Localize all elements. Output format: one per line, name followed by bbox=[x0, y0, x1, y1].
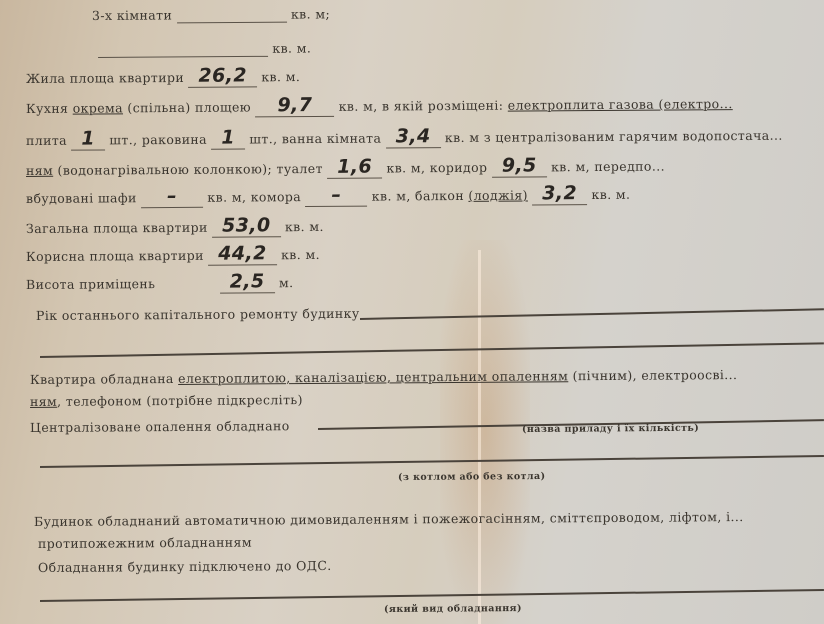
total-area-line: Загальна площа квартири 53,0 кв. м. bbox=[26, 214, 324, 239]
heating-caption: (назва приладу і їх кількість) bbox=[522, 423, 699, 435]
other-rule bbox=[40, 455, 824, 467]
paper-fold bbox=[478, 250, 481, 624]
sink-label: раковина bbox=[142, 132, 207, 147]
pantry-label: кв. м, комора bbox=[207, 189, 301, 205]
ceiling-value: 2,5 bbox=[220, 270, 275, 293]
wardrobe-label: вбудовані шафи bbox=[26, 190, 137, 206]
kitchen-shared: (спільна) площею bbox=[127, 99, 251, 115]
living-area-label: Жила площа квартири bbox=[26, 70, 184, 86]
balcony-label: кв. м, балкон bbox=[372, 188, 464, 204]
kitchen-tail: в якій розміщені: bbox=[382, 98, 504, 114]
renovation-label: Рік останнього капітального ремонту буди… bbox=[36, 306, 360, 323]
balcony-value: 3,2 bbox=[532, 182, 587, 205]
ceiling-unit: м. bbox=[279, 275, 294, 290]
blank-unit: кв. м. bbox=[272, 41, 311, 56]
boiler-caption: (з котлом або без котла) bbox=[398, 471, 546, 483]
ceiling-line: Висота приміщень 2,5 м. bbox=[26, 270, 294, 295]
alarm-line: Будинок обладнаний автоматичною димовида… bbox=[34, 509, 744, 529]
central-heating-line: Централізоване опалення обладнано bbox=[30, 418, 290, 435]
heater-underlined: ням bbox=[26, 163, 53, 178]
kitchen-stove: електроплита газова (електро... bbox=[508, 96, 733, 113]
pantry-value: – bbox=[305, 184, 367, 207]
useful-area-label: Корисна площа квартири bbox=[26, 248, 204, 264]
toilet-line: ням (водонагрівальною колонкою); туалет … bbox=[26, 154, 665, 181]
equipment-line-2: ням, телефоном (потрібне підкресліть) bbox=[30, 392, 303, 409]
total-area-value: 53,0 bbox=[212, 214, 281, 237]
total-area-label: Загальна площа квартири bbox=[26, 220, 208, 236]
stove-unit: шт., bbox=[109, 132, 137, 147]
balcony-unit: кв. м. bbox=[591, 187, 630, 202]
water-stain bbox=[440, 240, 530, 624]
fire-equipment-label: протипожежним обладнанням bbox=[38, 535, 252, 551]
stove-value: 1 bbox=[71, 127, 105, 150]
total-area-unit: кв. м. bbox=[285, 219, 324, 234]
blank-line: кв. м. bbox=[98, 41, 311, 58]
equipment-stove-heating: (пічним), електроосві... bbox=[573, 367, 738, 383]
kitchen-line: Кухня окрема (спільна) площею 9,7 кв. м,… bbox=[26, 91, 733, 119]
kitchen-value: 9,7 bbox=[255, 94, 334, 118]
equipment-tail: , телефоном (потрібне підкресліть) bbox=[57, 392, 303, 409]
divider-rule bbox=[40, 342, 824, 357]
rooms-blank bbox=[176, 7, 286, 24]
heater-label: (водонагрівальною колонкою); туалет bbox=[57, 161, 322, 178]
kitchen-separate: окрема bbox=[73, 100, 123, 115]
sink-unit: шт., bbox=[249, 131, 277, 146]
sink-value: 1 bbox=[211, 126, 245, 149]
kitchen-label: Кухня bbox=[26, 101, 68, 116]
equipment-label: Квартира обладнана bbox=[30, 371, 174, 387]
useful-area-unit: кв. м. bbox=[281, 247, 320, 262]
ceiling-label: Висота приміщень bbox=[26, 276, 155, 292]
equipment-line: Квартира обладнана електроплитою, каналі… bbox=[30, 367, 738, 387]
blank-field bbox=[98, 41, 268, 58]
equipment-type-caption: (який вид обладнання) bbox=[384, 603, 522, 615]
fixtures-line: плита 1 шт., раковина 1 шт., ванна кімна… bbox=[26, 123, 783, 151]
central-heating-label: Централізоване опалення обладнано bbox=[30, 418, 290, 435]
equipment-items: електроплитою, каналізацією, центральним… bbox=[178, 368, 568, 386]
alarm-line-2: протипожежним обладнанням bbox=[38, 535, 252, 551]
toilet-unit: кв. м, коридор bbox=[386, 160, 487, 176]
storage-line: вбудовані шафи – кв. м, комора – кв. м, … bbox=[26, 182, 631, 209]
loggia-label: (лоджія) bbox=[468, 187, 528, 202]
corridor-unit: кв. м, передпо... bbox=[551, 159, 665, 175]
equipment-tail-underlined: ням bbox=[30, 394, 57, 409]
toilet-value: 1,6 bbox=[327, 156, 382, 179]
rooms-line: 3-х кімнати кв. м; bbox=[92, 6, 330, 24]
stove-label: плита bbox=[26, 133, 67, 148]
rooms-unit: кв. м; bbox=[291, 6, 330, 21]
renovation-line: Рік останнього капітального ремонту буди… bbox=[36, 306, 360, 323]
living-area-unit: кв. м. bbox=[261, 69, 300, 84]
bottom-rule bbox=[40, 589, 824, 601]
kitchen-unit: кв. м, bbox=[339, 99, 378, 114]
bath-value: 3,4 bbox=[386, 125, 441, 148]
useful-area-line: Корисна площа квартири 44,2 кв. м. bbox=[26, 242, 320, 267]
fire-service-label: Обладнання будинку підключено до ОДС. bbox=[38, 558, 332, 575]
living-area-value: 26,2 bbox=[188, 64, 257, 87]
alarm-label: Будинок обладнаний автоматичною димовида… bbox=[34, 509, 744, 529]
renovation-rule bbox=[360, 308, 824, 319]
living-area-line: Жила площа квартири 26,2 кв. м. bbox=[26, 64, 300, 89]
bath-tail: кв. м з централізованим гарячим водопост… bbox=[445, 128, 783, 145]
rooms-label: 3-х кімнати bbox=[92, 7, 172, 23]
bath-label: ванна кімната bbox=[282, 131, 382, 147]
useful-area-value: 44,2 bbox=[208, 242, 277, 265]
corridor-value: 9,5 bbox=[492, 154, 547, 177]
wardrobe-value: – bbox=[141, 185, 203, 208]
fire-service-line: Обладнання будинку підключено до ОДС. bbox=[38, 558, 332, 575]
